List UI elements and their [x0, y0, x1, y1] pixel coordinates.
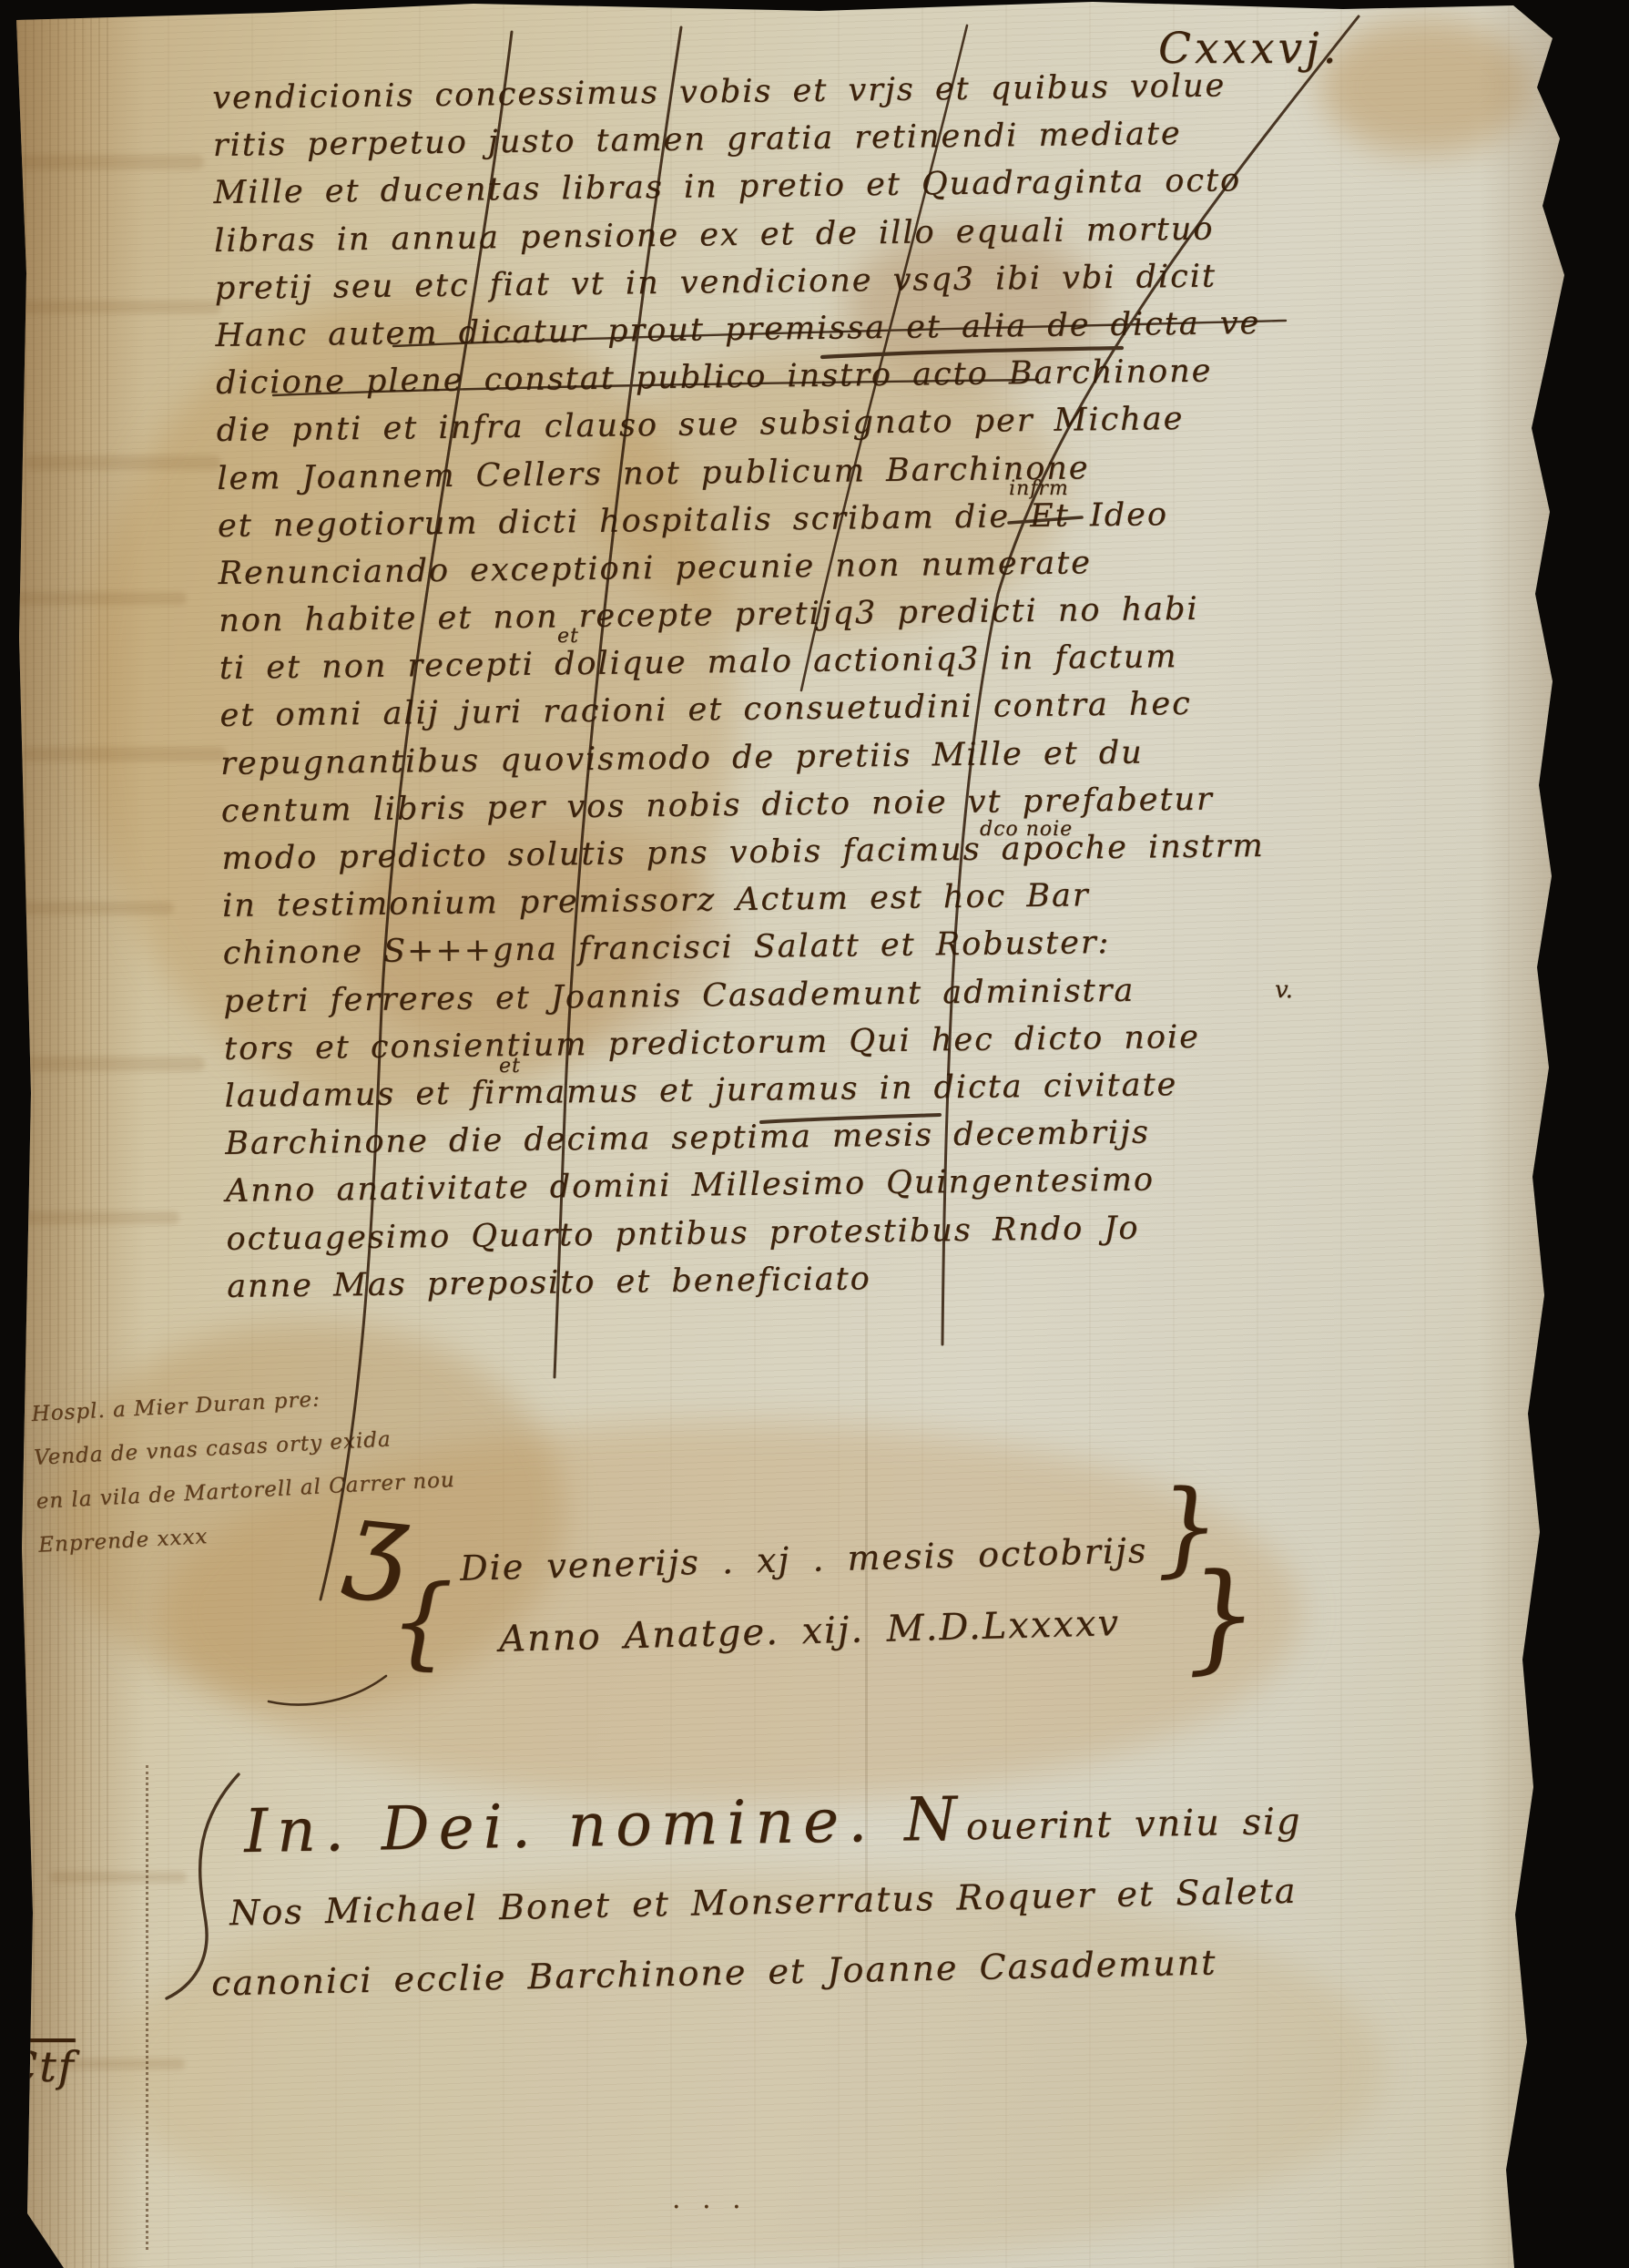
interlinear-note: dco noie [980, 818, 1073, 841]
manuscript-scan: Cxxxvj. vendicionis concessimus vobis et… [0, 0, 1629, 2268]
main-text-block: vendicionis concessimus vobis et vrjs et… [212, 67, 1272, 1316]
bleed-through [9, 592, 187, 605]
bleed-through [13, 155, 204, 169]
parchment-page: Cxxxvj. vendicionis concessimus vobis et… [0, 0, 1629, 2268]
ink-dots: · · · [672, 2191, 748, 2223]
left-brace-icon: { [390, 1563, 453, 1680]
bleed-through [18, 1057, 205, 1071]
gutter-striations [0, 0, 109, 2268]
bleed-through [22, 747, 227, 761]
interlinear-note: infrm [1009, 477, 1069, 500]
right-brace-icon: } [1179, 1546, 1263, 1686]
torn-edge-shadow [1479, 0, 1579, 2268]
bleed-through [25, 455, 221, 470]
invocation-continuation: ouerint vniu sig [966, 1801, 1302, 1848]
interlinear-note: et [499, 1055, 521, 1078]
folio-number: Cxxxvj. [1158, 24, 1340, 74]
interlinear-note: et [557, 625, 579, 648]
dotted-margin-rule [146, 1765, 148, 2250]
bleed-through [7, 301, 221, 313]
bleed-through [5, 902, 174, 914]
bleed-through [50, 1872, 187, 1883]
invocation-large-text: In. Dei. nomine. N [243, 1783, 966, 1866]
margin-reference-mark: Ctf [5, 2042, 76, 2091]
bleed-through [11, 1211, 179, 1224]
marginal-check-mark: v. [1275, 976, 1293, 1004]
